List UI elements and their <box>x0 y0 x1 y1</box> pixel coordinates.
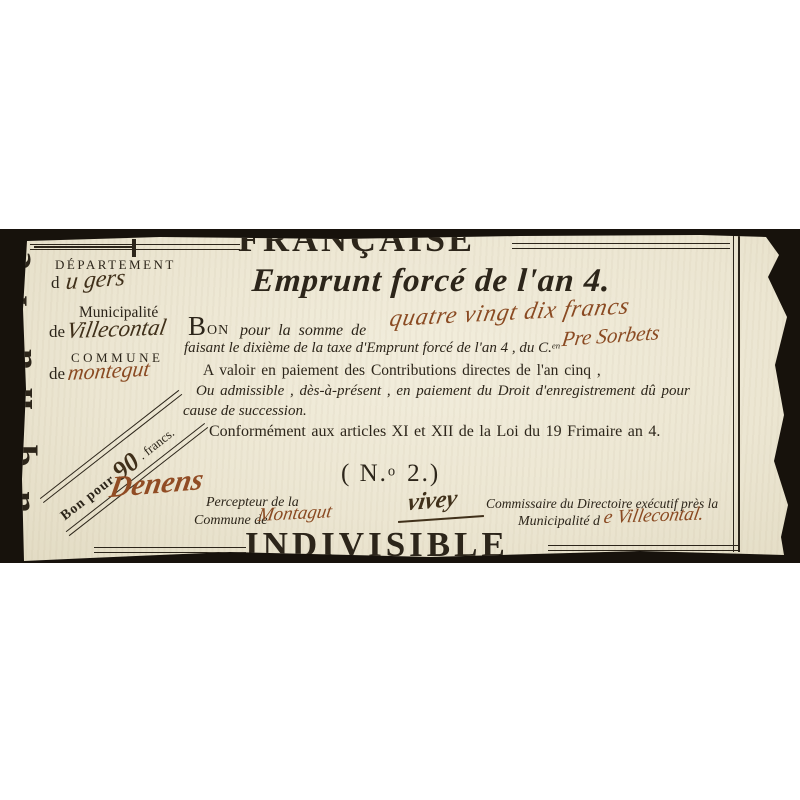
commissaire-muni-prefix: Municipalité d <box>518 515 600 529</box>
municipalite-prefix: de <box>49 323 65 340</box>
bon-line-printed: pour la somme de <box>240 323 366 339</box>
margin-letter: u <box>0 491 42 513</box>
bon-smallcaps: ON <box>207 324 229 338</box>
corner-cut-tick <box>132 239 136 257</box>
bond-paper: FRANÇAISE e l ' a n q u DÉPARTEMENT d u … <box>0 229 800 563</box>
right-border-rule <box>733 234 740 552</box>
margin-letter: q <box>0 445 42 467</box>
municipalite-handwritten-value: Villecontal <box>65 315 168 342</box>
departement-prefix: d <box>51 274 60 291</box>
line-conforme: Conformément aux articles XI et XII de l… <box>209 424 660 440</box>
masthead-francaise: FRANÇAISE <box>238 221 475 257</box>
percepteur-commune-handwritten: Montagut <box>256 502 333 525</box>
margin-letter: ' <box>5 324 23 335</box>
stamp-text-row: Bon pour 90 . francs. <box>46 398 201 528</box>
signature-underline-flourish <box>398 515 484 523</box>
commune-prefix: de <box>49 365 65 382</box>
departement-handwritten-value: u gers <box>65 266 127 294</box>
line-cause: cause de succession. <box>183 404 307 419</box>
scanned-photo: FRANÇAISE e l ' a n q u DÉPARTEMENT d u … <box>0 229 800 563</box>
percepteur-signature: Denens <box>107 465 205 504</box>
page-background: { "document": { "masthead": { "top": "FR… <box>0 0 800 800</box>
commune-handwritten-value: montegut <box>67 358 152 384</box>
corner-cut-line <box>34 246 136 248</box>
line-dixieme-superscript: en <box>552 341 560 351</box>
bottom-rule-left <box>94 547 246 553</box>
margin-letter: l <box>0 295 34 306</box>
top-rule-right <box>512 243 730 249</box>
bon-initial: B <box>188 313 206 340</box>
bottom-rule-right <box>548 545 738 551</box>
margin-vertical-letters: e l ' a n q u <box>8 241 30 525</box>
serial-number-pre: ( N. <box>341 460 388 487</box>
value-stamp: Bon pour 90 . francs. <box>40 390 208 536</box>
taxpayer-handwritten-name: Pre Sorbets <box>561 322 662 350</box>
serial-number: ( N.o2.) <box>341 461 440 486</box>
line-admissible: Ou admissible , dès-à-présent , en paiem… <box>196 384 690 399</box>
document-title: Emprunt forcé de l'an 4. <box>251 265 612 298</box>
margin-letter: e <box>0 252 37 270</box>
line-dixieme-text: faisant le dixième de la taxe d'Emprunt … <box>184 340 552 356</box>
commissaire-muni-handwritten: e Villecontal. <box>602 504 705 527</box>
line-dixieme: faisant le dixième de la taxe d'Emprunt … <box>184 341 560 356</box>
margin-letter: a <box>0 349 38 369</box>
masthead-indivisible: INDIVISIBLE <box>245 527 509 562</box>
commissaire-signature: vivey <box>406 486 459 515</box>
serial-number-value: 2.) <box>407 460 440 487</box>
line-avaloir: A valoir en paiement des Contributions d… <box>203 363 601 379</box>
margin-letter: n <box>0 388 39 410</box>
serial-number-superscript: o <box>388 464 397 480</box>
